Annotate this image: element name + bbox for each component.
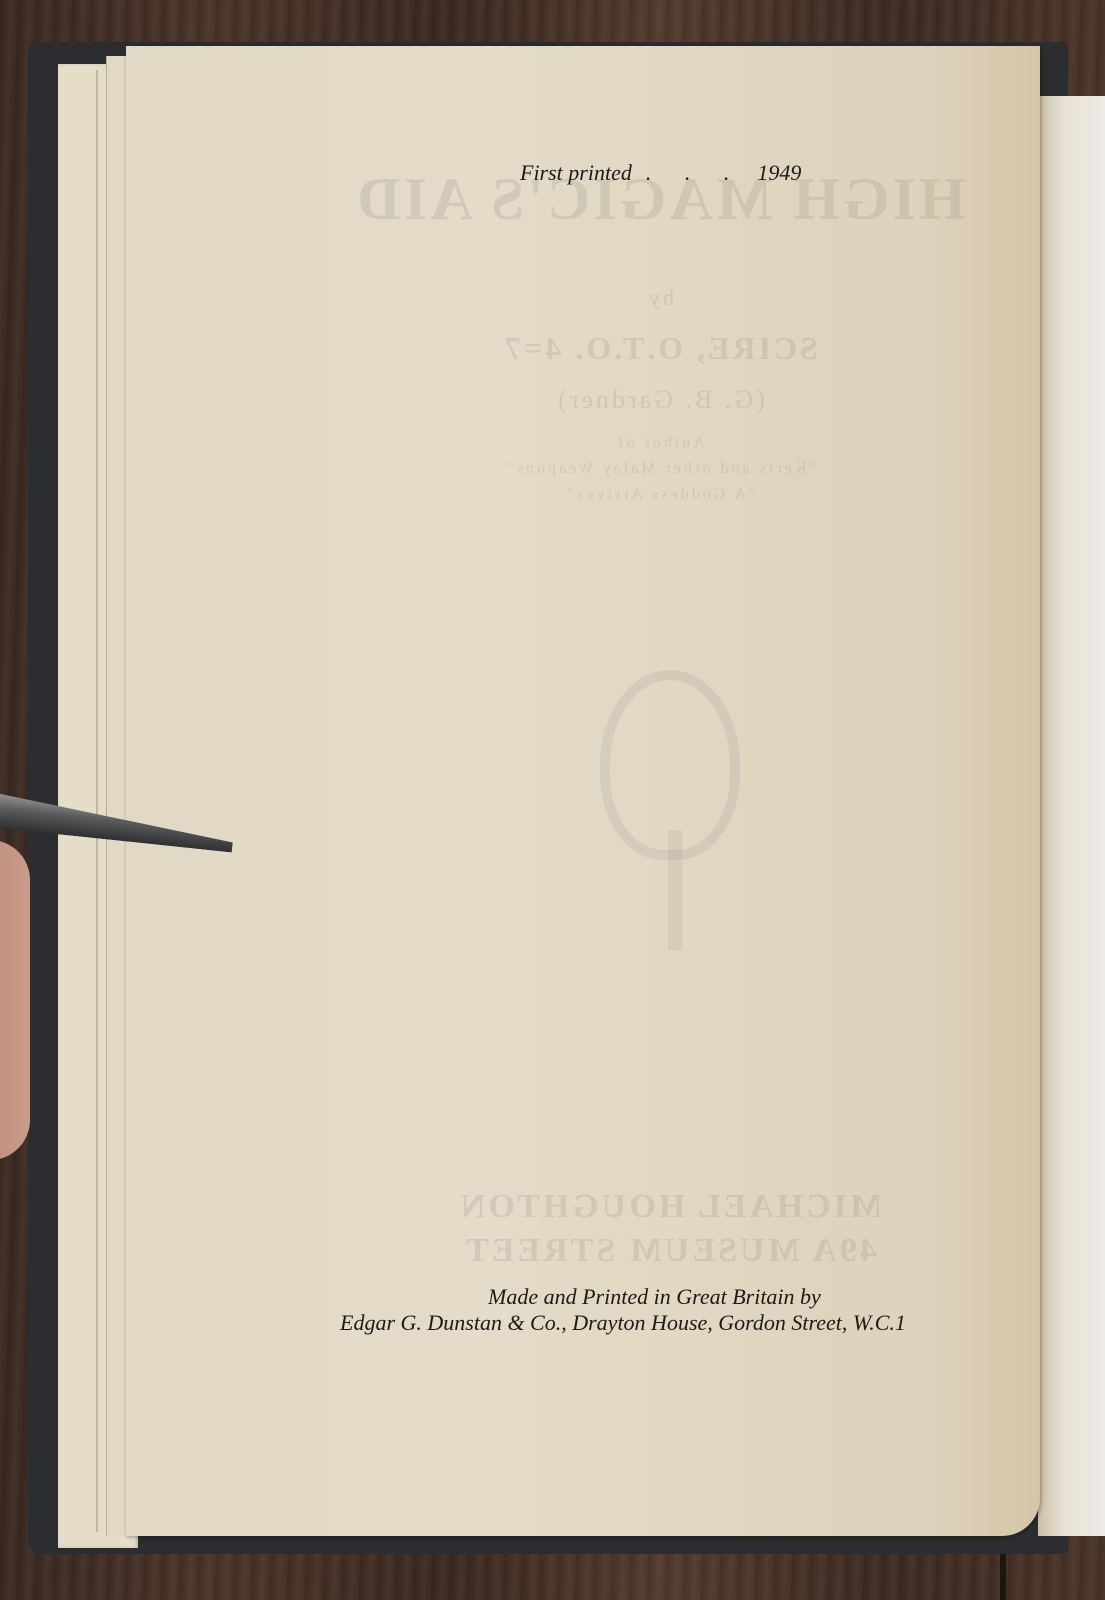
first-printed-year: 1949 bbox=[757, 160, 801, 185]
show-through-publisher-name: MICHAEL HOUGHTON bbox=[420, 1185, 920, 1229]
first-printed-line: First printed. . .1949 bbox=[520, 160, 801, 186]
show-through-publisher: MICHAEL HOUGHTON 49A MUSEUM STREET bbox=[420, 1185, 920, 1273]
show-through-publisher-address: 49A MUSEUM STREET bbox=[420, 1229, 920, 1273]
printer-credit: Made and Printed in Great Britain by Edg… bbox=[340, 1284, 1020, 1336]
endpaper-fold-line bbox=[96, 70, 98, 1532]
show-through-work-1: "Keris and other Malay Weapons" bbox=[330, 456, 990, 482]
show-through-by: by bbox=[330, 285, 990, 311]
first-printed-label: First printed bbox=[520, 160, 632, 185]
facing-page-edge bbox=[1038, 96, 1105, 1536]
show-through-works: Author of "Keris and other Malay Weapons… bbox=[330, 430, 990, 508]
show-through-works-intro: Author of bbox=[330, 430, 990, 456]
show-through-author: SCIRE, O.T.O. 4=7 bbox=[330, 330, 990, 367]
holding-finger bbox=[0, 840, 30, 1160]
show-through-emblem-stem bbox=[668, 830, 682, 950]
printer-credit-line-2: Edgar G. Dunstan & Co., Drayton House, G… bbox=[340, 1310, 1020, 1336]
printer-credit-line-1: Made and Printed in Great Britain by bbox=[340, 1284, 1020, 1310]
show-through-work-2: "A Goddess Arrives" bbox=[330, 482, 990, 508]
show-through-author-name: (G. B. Gardner) bbox=[330, 385, 990, 415]
leader-dots: . . . bbox=[646, 160, 744, 185]
